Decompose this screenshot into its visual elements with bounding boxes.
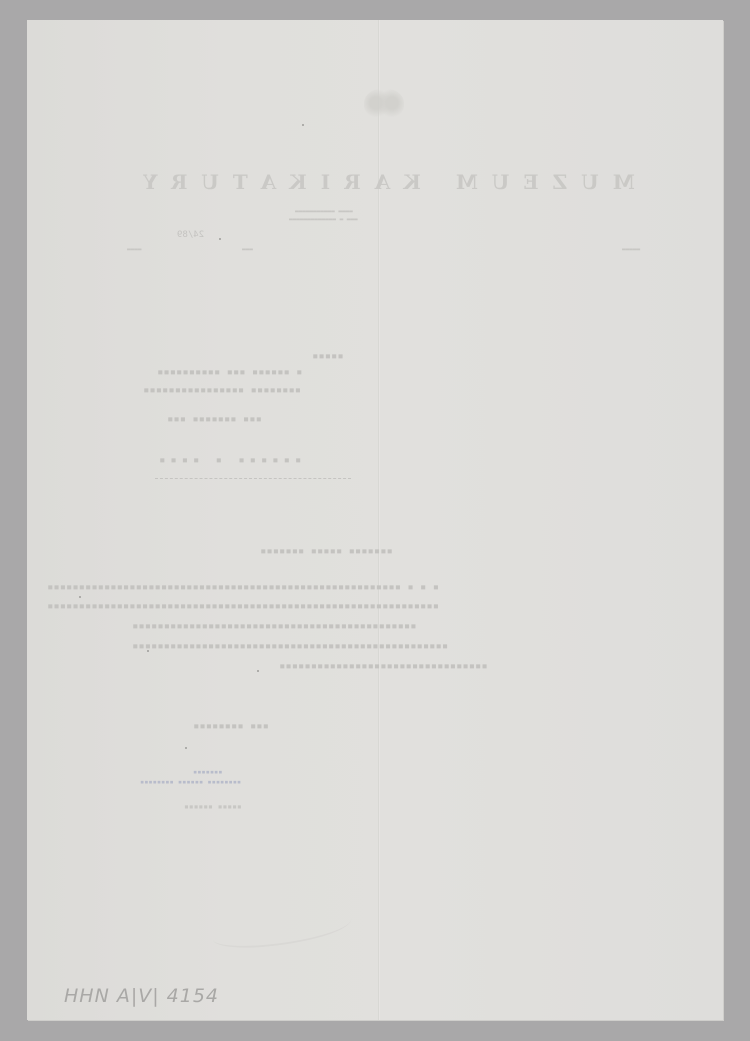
signer-name-ghost: ▪▪▪▪▪ ▪▪▪▪▪▪ [184,802,242,811]
closing-ghost: ▪▪▪ ▪▪▪▪▪▪▪▪ [193,720,269,732]
underline-ghost [155,478,351,479]
reference-number-ghost: 24/89 [177,230,204,240]
crest-emblem-icon [364,88,404,118]
letterhead-title-ghost: MUZEUM KARIKATURY [102,170,662,194]
paper-sheet: MUZEUM KARIKATURY ▬▬▬▬ ▬▬▬▬▬▬▬▬▬▬▬ ▬▬▬ ▬… [27,20,723,1020]
archive-number-handwritten: HHN A|V| 4154 [64,985,219,1007]
signature-impression [211,906,354,952]
